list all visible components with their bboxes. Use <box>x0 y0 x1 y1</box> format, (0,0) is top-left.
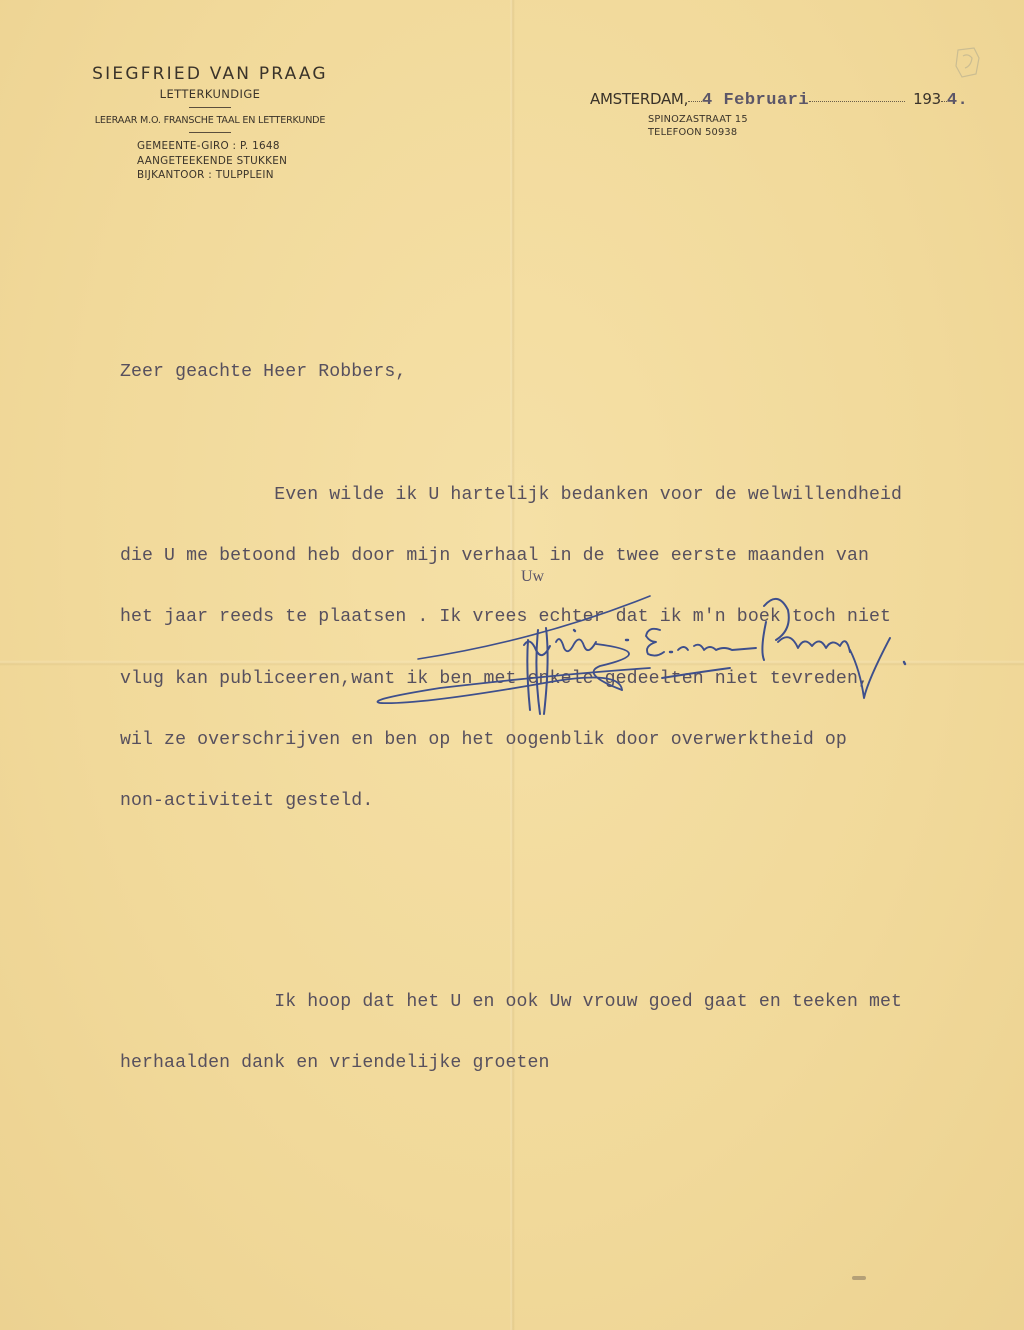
stamp-mark-icon <box>952 44 982 80</box>
date-row: AMSTERDAM, 4 Februari 193 4. <box>590 90 1010 110</box>
city: AMSTERDAM, <box>590 90 688 108</box>
phone-number: TELEFOON 50938 <box>648 126 1010 139</box>
paper-speck <box>852 1276 866 1280</box>
text-line: Even wilde ik U hartelijk bedanken voor … <box>120 485 1020 505</box>
sender-info: GEMEENTE-GIRO : P. 1648 AANGETEEKENDE ST… <box>137 139 360 183</box>
text-line: Ik hoop dat het U en ook Uw vrouw goed g… <box>120 992 1020 1012</box>
dotted-line <box>941 101 947 102</box>
dateline: AMSTERDAM, 4 Februari 193 4. SPINOZASTRA… <box>590 90 1010 139</box>
text-line: non-activiteit gesteld. <box>120 791 1020 811</box>
sender-address: SPINOZASTRAAT 15 TELEFOON 50938 <box>648 113 1010 139</box>
divider <box>189 132 231 133</box>
salutation: Zeer geachte Heer Robbers, <box>120 362 1020 382</box>
letterhead: SIEGFRIED VAN PRAAG LETTERKUNDIGE LEERAA… <box>60 62 360 183</box>
dotted-line <box>809 101 905 102</box>
branch-office: BIJKANTOOR : TULPPLEIN <box>137 168 360 183</box>
handwritten-signature-icon <box>360 570 920 745</box>
registered-mail: AANGETEEKENDE STUKKEN <box>137 154 360 169</box>
sender-profession: LETTERKUNDIGE <box>60 86 360 102</box>
year-prefix: 193 <box>913 90 941 108</box>
sender-name: SIEGFRIED VAN PRAAG <box>60 62 360 86</box>
date-day-month: 4 Februari <box>702 91 809 110</box>
year-suffix: 4. <box>947 91 968 110</box>
sender-qualification: LEERAAR M.O. FRANSCHE TAAL EN LETTERKUND… <box>60 114 360 127</box>
text-line: herhaalden dank en vriendelijke groeten <box>120 1053 1020 1073</box>
giro-number: GEMEENTE-GIRO : P. 1648 <box>137 139 360 154</box>
divider <box>189 107 231 108</box>
dotted-line <box>688 101 702 102</box>
paragraph-2: Ik hoop dat het U en ook Uw vrouw goed g… <box>120 951 1020 1114</box>
text-line: die U me betoond heb door mijn verhaal i… <box>120 546 1020 566</box>
street-address: SPINOZASTRAAT 15 <box>648 113 1010 126</box>
